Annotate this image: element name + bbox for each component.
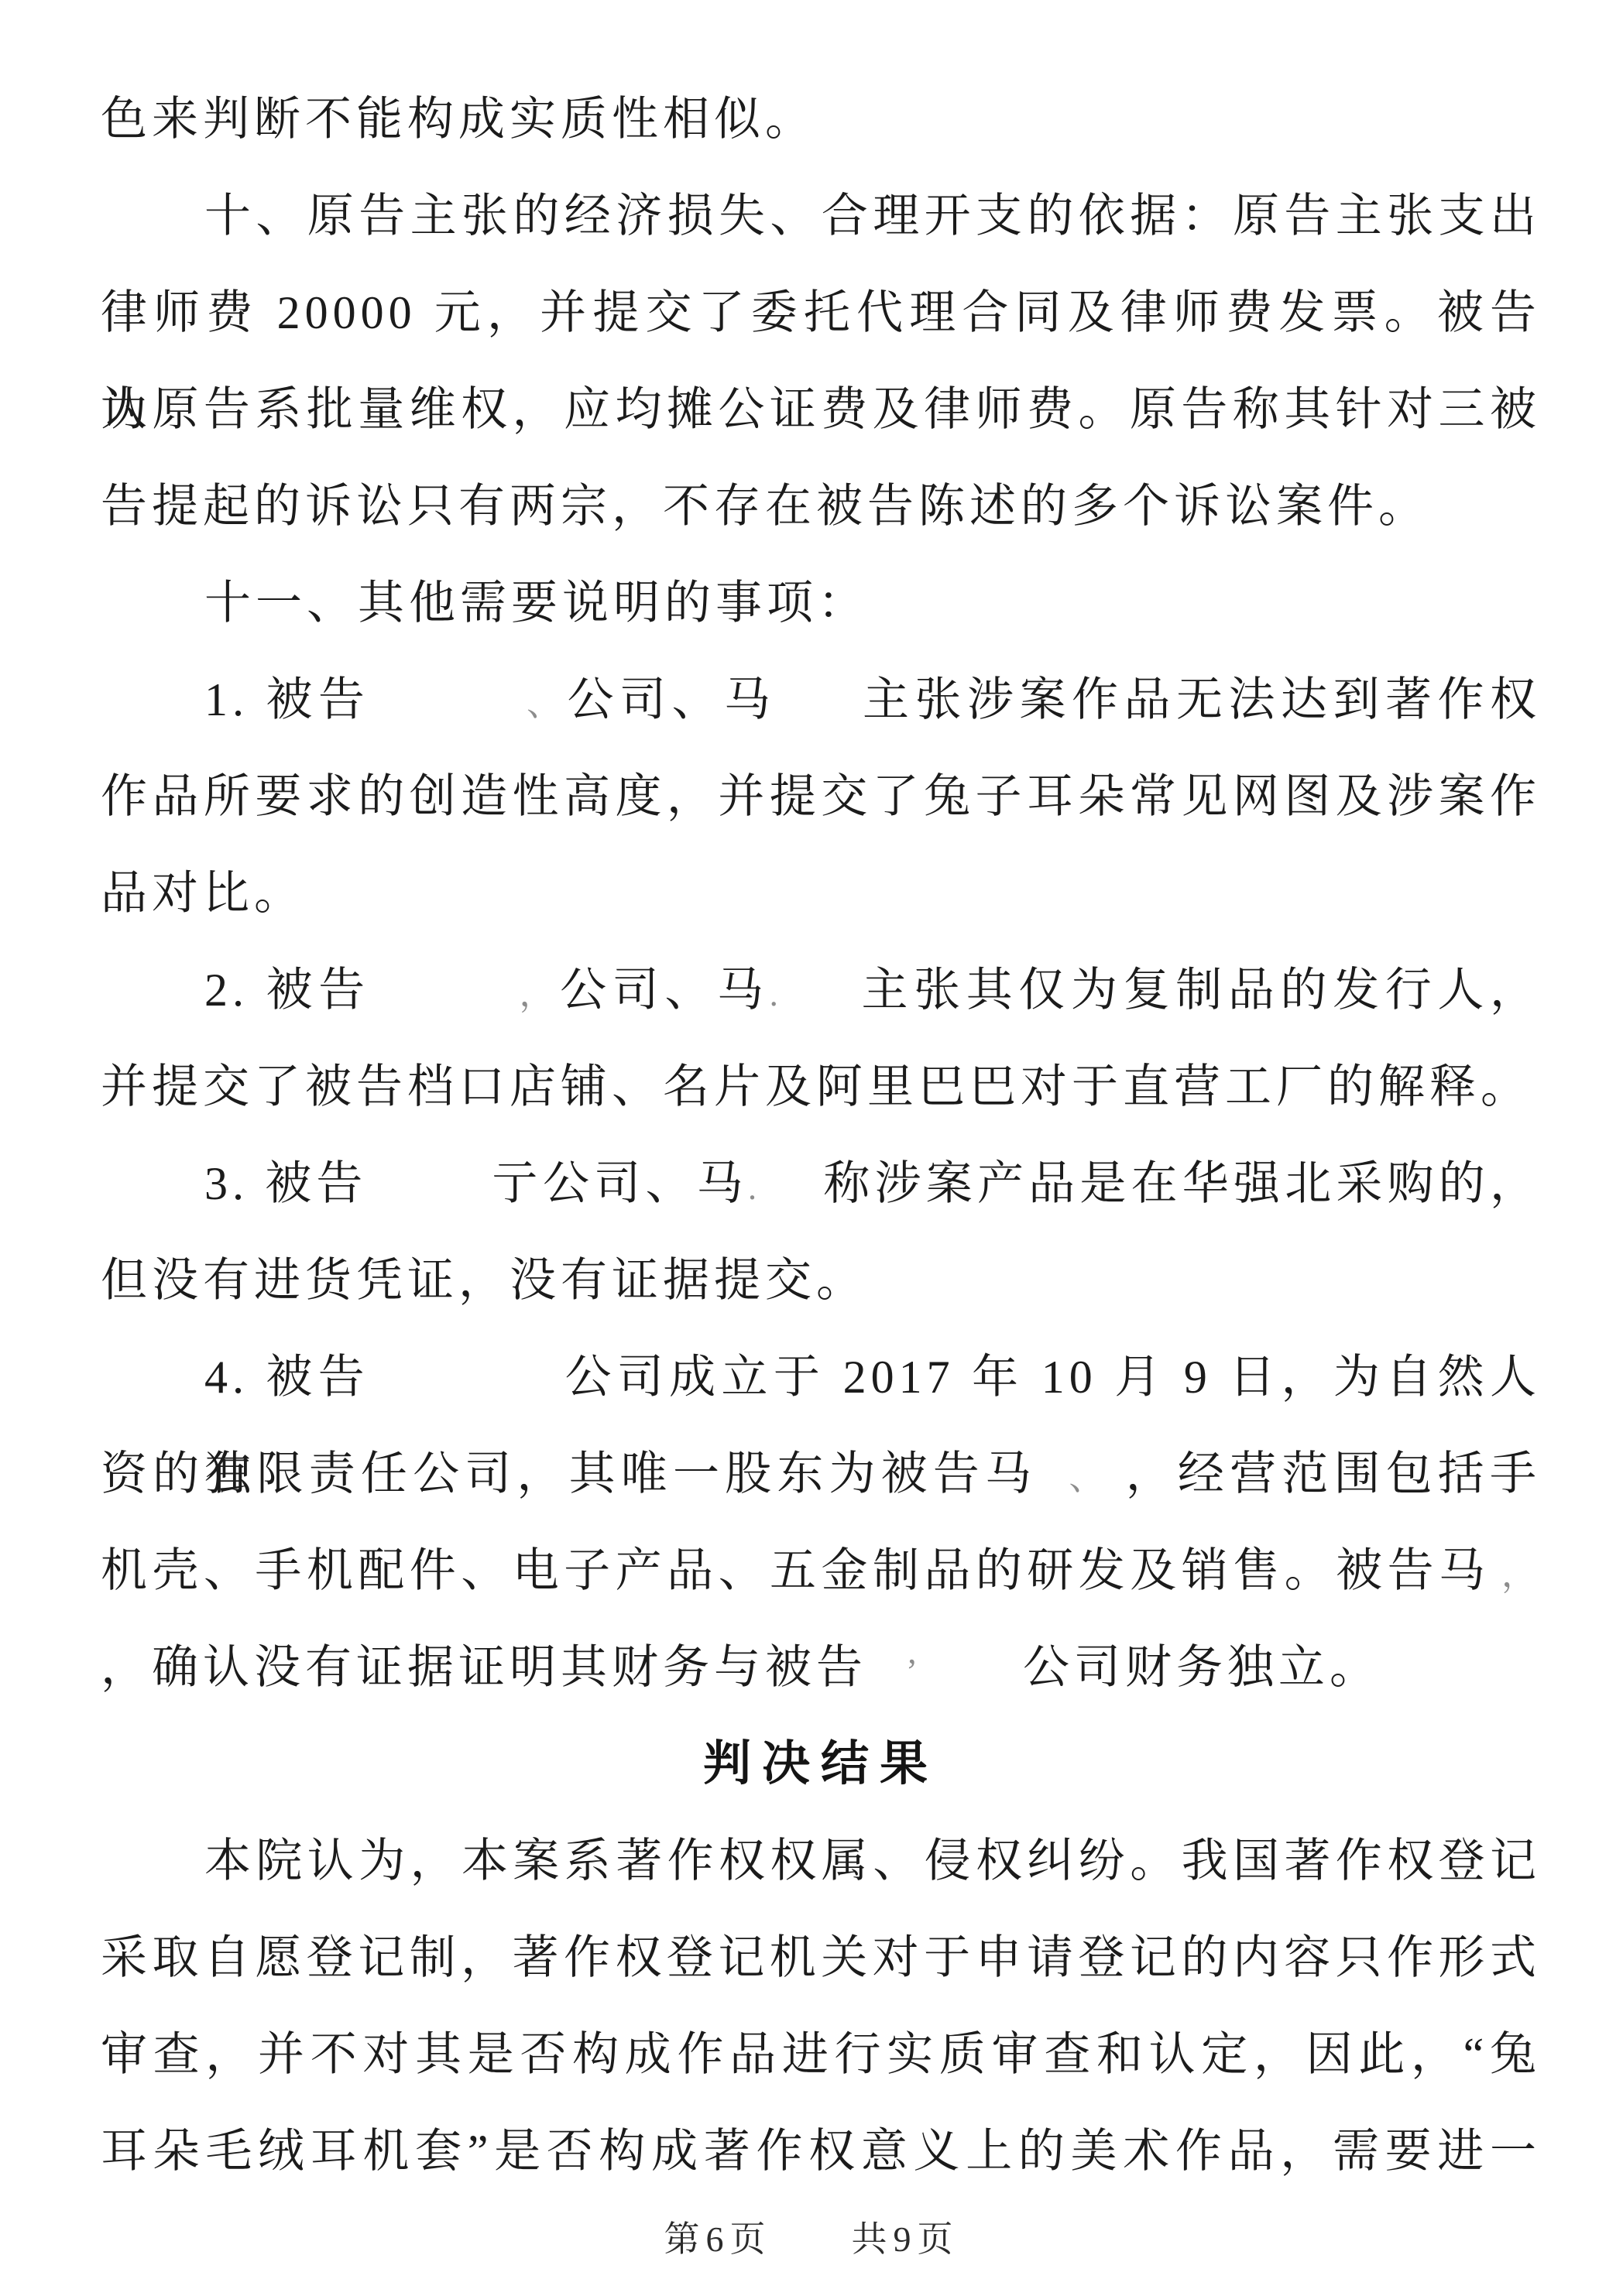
text-segment: 并提交了被告档口店铺、名片及阿里巴巴对于直营工厂的解释。 — [101, 1061, 1532, 1112]
text-segment: 主张涉案作品无法达到著作权 — [862, 674, 1542, 725]
text-segment: 十一、其他需要说明的事项： — [204, 577, 869, 629]
text-line: 本院认为，本案系著作权权属、侵权纠纷。我国著作权登记 — [101, 1813, 1541, 1910]
text-segment: 3. 被告 — [204, 1158, 368, 1209]
text-segment: 公司、马 — [560, 965, 770, 1016]
text-segment: 耳朵毛绒耳机套”是否构成著作权意义上的美术作品，需要进一 — [101, 2126, 1541, 2177]
text-segment: 机壳、手机配件、电子产品、五金制品的研发及销售。被告马 — [101, 1545, 1491, 1596]
text-segment: 为原告系批量维权，应均摊公证费及律师费。原告称其针对三被 — [101, 384, 1541, 435]
section-heading: 判决结果 — [101, 1716, 1541, 1813]
text-segment: 公司财务独立。 — [1023, 1642, 1381, 1693]
text-segment: 2. 被告 — [204, 965, 371, 1016]
text-line: 机壳、手机配件、电子产品、五金制品的研发及销售。被告马， — [101, 1523, 1541, 1619]
text-segment: 十、原告主张的经济损失、合理开支的依据：原告主张支出 — [204, 190, 1541, 242]
text-line: 1. 被告、公司、马主张涉案作品无法达到著作权 — [101, 652, 1541, 749]
text-segment: 采取自愿登记制，著作权登记机关对于申请登记的内容只作形式 — [101, 1932, 1541, 1983]
text-segment: 公司、马 — [568, 674, 777, 725]
total-pages-label: 共9页 — [852, 2219, 959, 2259]
text-segment: 色来判断不能构成实质性相似。 — [101, 94, 816, 145]
redaction-gap — [1110, 1478, 1125, 1479]
text-segment: 作品所要求的创造性高度，并提交了兔子耳朵常见网图及涉案作 — [101, 771, 1541, 822]
redaction-remnant: ’ — [906, 1652, 922, 1691]
text-line: 资的有限责任公司，其唯一股东为被告马、，经营范围包括手 — [101, 1426, 1541, 1523]
text-segment: ，确认没有证据证明其财务与被告 — [101, 1642, 867, 1693]
redaction-gap — [371, 704, 526, 705]
redaction-gap — [371, 994, 518, 996]
redaction-gap — [867, 1671, 906, 1673]
document-page: 色来判断不能构成实质性相似。十、原告主张的经济损失、合理开支的依据：原告主张支出… — [0, 0, 1623, 2296]
text-segment: 公司、马 — [543, 1158, 748, 1209]
redaction-remnant: . — [748, 1168, 761, 1207]
text-line: 审查，并不对其是否构成作品进行实质审查和认定，因此，“兔 — [101, 2006, 1541, 2103]
text-line: 4. 被告公司成立于 2017 年 10 月 9 日，为自然人独 — [101, 1329, 1541, 1426]
text-segment: 本院认为，本案系著作权权属、侵权纠纷。我国著作权登记 — [204, 1835, 1541, 1886]
document-body: 色来判断不能构成实质性相似。十、原告主张的经济损失、合理开支的依据：原告主张支出… — [101, 71, 1541, 2200]
text-line: 作品所要求的创造性高度，并提交了兔子耳朵常见网图及涉案作 — [101, 749, 1541, 845]
text-line: 采取自愿登记制，著作权登记机关对于申请登记的内容只作形式 — [101, 1910, 1541, 2006]
text-line: 色来判断不能构成实质性相似。 — [101, 71, 1541, 168]
text-segment: 资的有限责任公司，其唯一股东为被告马 — [101, 1448, 1037, 1499]
text-line: 品对比。 — [101, 845, 1541, 942]
redaction-remnant: ， — [1501, 1555, 1541, 1594]
text-line: 并提交了被告档口店铺、名片及阿里巴巴对于直营工厂的解释。 — [101, 1039, 1541, 1136]
page-footer: 第6页 共9页 — [0, 2211, 1623, 2262]
redaction-gap — [783, 994, 860, 996]
text-line: 告提起的诉讼只有两宗，不存在被告陈述的多个诉讼案件。 — [101, 458, 1541, 555]
redaction-gap — [1491, 1575, 1501, 1576]
text-segment: ，经营范围包括手 — [1125, 1448, 1541, 1499]
redaction-remnant: 、 — [1068, 1458, 1109, 1497]
redaction-remnant: ， — [518, 975, 560, 1013]
text-line: 律师费 20000 元，并提交了委托代理合同及律师费发票。被告认 — [101, 265, 1541, 362]
text-line: 十一、其他需要说明的事项： — [101, 555, 1541, 652]
redaction-gap — [761, 1187, 823, 1189]
text-segment: 判决结果 — [703, 1738, 938, 1791]
redaction-gap — [368, 1187, 492, 1189]
text-line: 但没有进货凭证，没有证据提交。 — [101, 1232, 1541, 1329]
redaction-gap — [1037, 1478, 1068, 1479]
page-number-label: 第6页 — [664, 2219, 772, 2259]
text-segment: 主张其仅为复制品的发行人， — [860, 965, 1541, 1016]
redaction-gap — [370, 1381, 564, 1383]
redaction-remnant: . — [770, 975, 783, 1013]
text-segment: 但没有进货凭证，没有证据提交。 — [101, 1255, 867, 1306]
text-line: 为原告系批量维权，应均摊公证费及律师费。原告称其针对三被 — [101, 362, 1541, 458]
text-segment: 品对比。 — [101, 868, 305, 919]
redaction-gap — [777, 704, 862, 705]
text-line: 十、原告主张的经济损失、合理开支的依据：原告主张支出 — [101, 168, 1541, 265]
text-segment: 亍 — [492, 1158, 543, 1209]
text-segment: 称涉案产品是在华强北采购的， — [823, 1158, 1541, 1209]
redaction-remnant: 、 — [526, 684, 568, 723]
text-line: 3. 被告亍公司、马.称涉案产品是在华强北采购的， — [101, 1136, 1541, 1232]
text-line: ，确认没有证据证明其财务与被告’公司财务独立。 — [101, 1619, 1541, 1716]
redaction-gap — [922, 1671, 1023, 1673]
text-segment: 1. 被告 — [204, 674, 371, 725]
text-segment: 审查，并不对其是否构成作品进行实质审查和认定，因此，“兔 — [101, 2029, 1541, 2080]
text-line: 2. 被告，公司、马.主张其仅为复制品的发行人， — [101, 942, 1541, 1039]
text-line: 耳朵毛绒耳机套”是否构成著作权意义上的美术作品，需要进一 — [101, 2103, 1541, 2200]
text-segment: 4. 被告 — [204, 1352, 370, 1403]
text-segment: 告提起的诉讼只有两宗，不存在被告陈述的多个诉讼案件。 — [101, 481, 1429, 532]
